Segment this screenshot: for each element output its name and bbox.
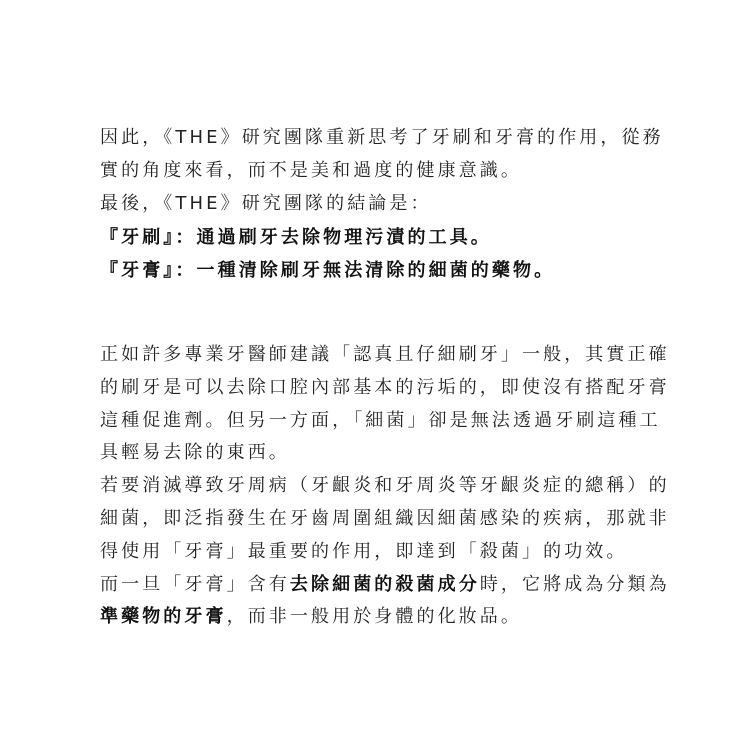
plain-text: ，而非一般用於身體的化妝品。 bbox=[227, 606, 522, 627]
emphasis-text: 準藥物的牙膏 bbox=[100, 606, 227, 627]
paragraph-line: 若要消滅導致牙周病（牙齦炎和牙周炎等牙齦炎症的總稱）的 bbox=[100, 474, 670, 498]
conclusion-toothpaste: 『牙膏』：一種清除刷牙無法清除的細菌的藥物。 bbox=[100, 259, 555, 283]
paragraph-line: 細菌，即泛指發生在牙齒周圍組織因細菌感染的疾病，那就非 bbox=[100, 507, 670, 531]
paragraph-line-mixed: 而一旦「牙膏」含有去除細菌的殺菌成分時，它將成為分類為 bbox=[100, 573, 670, 597]
emphasis-text: 去除細菌的殺菌成分 bbox=[290, 574, 480, 595]
plain-text: 時，它將成為分類為 bbox=[480, 574, 670, 595]
paragraph-line: 最後，《THE》研究團隊的結論是： bbox=[100, 192, 432, 216]
paragraph-line: 具輕易去除的東西。 bbox=[100, 441, 290, 465]
paragraph-line: 因此，《THE》研究團隊重新思考了牙刷和牙膏的作用，從務 bbox=[100, 126, 664, 150]
paragraph-line: 實的角度來看，而不是美和過度的健康意識。 bbox=[100, 159, 522, 183]
paragraph-line-mixed: 準藥物的牙膏，而非一般用於身體的化妝品。 bbox=[100, 605, 522, 629]
paragraph-line: 正如許多專業牙醫師建議「認真且仔細刷牙」一般，其實正確 bbox=[100, 343, 670, 367]
paragraph-line: 的刷牙是可以去除口腔內部基本的污垢的，即使沒有搭配牙膏 bbox=[100, 376, 670, 400]
paragraph-line: 得使用「牙膏」最重要的作用，即達到「殺菌」的功效。 bbox=[100, 540, 628, 564]
plain-text: 而一旦「牙膏」含有 bbox=[100, 574, 290, 595]
conclusion-toothbrush: 『牙刷』：通過刷牙去除物理污漬的工具。 bbox=[100, 226, 492, 250]
paragraph-line: 這種促進劑。但另一方面，「細菌」卻是無法透過牙刷這種工 bbox=[100, 409, 661, 433]
